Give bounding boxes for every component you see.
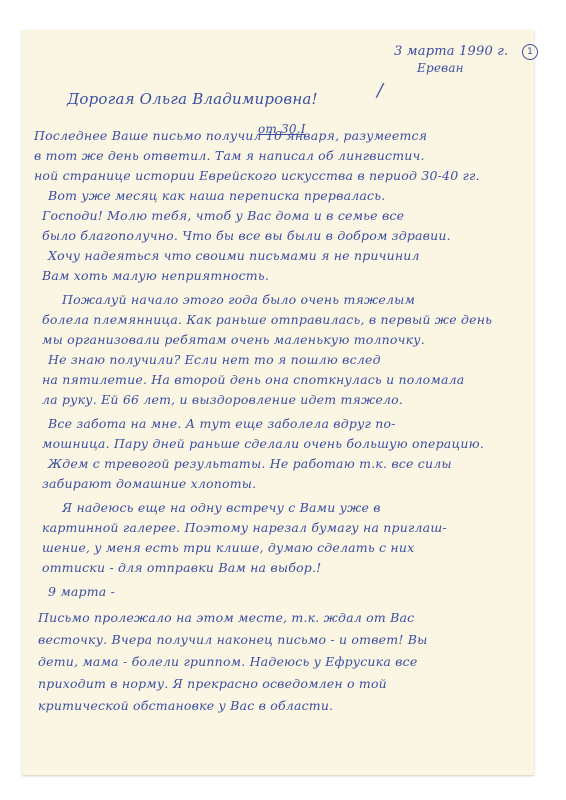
letter-line: Вам хоть малую неприятность. bbox=[42, 268, 269, 283]
letter-line: весточку. Вчера получил наконец письмо -… bbox=[38, 632, 427, 647]
letter-line: было благополучно. Что бы все вы были в … bbox=[42, 228, 451, 243]
letter-line: приходит в норму. Я прекрасно осведомлен… bbox=[38, 676, 387, 691]
letter-line: ла руку. Ей 66 лет, и выздоровление идет… bbox=[42, 392, 403, 407]
page-number-badge: 1 bbox=[522, 44, 538, 60]
letter-line: мы организовали ребятам очень маленькую … bbox=[42, 332, 425, 347]
letter-line: Все забота на мне. А тут еще заболела вд… bbox=[48, 416, 396, 431]
letter-city: Ереван bbox=[417, 61, 464, 75]
letter-line: на пятилетие. На второй день она споткну… bbox=[42, 372, 464, 387]
letter-line: ной странице истории Еврейского искусств… bbox=[34, 168, 480, 183]
letter-line: шение, у меня есть три клише, думаю сдел… bbox=[42, 540, 414, 555]
letter-line: Ждем с тревогой результаты. Не работаю т… bbox=[48, 456, 452, 471]
letter-line: болела племянница. Как раньше отправилас… bbox=[42, 312, 492, 327]
letter-line: забирают домашние хлопоты. bbox=[42, 476, 256, 491]
letter-line: Хочу надеяться что своими письмами я не … bbox=[48, 248, 420, 263]
salutation: Дорогая Ольга Владимировна! bbox=[67, 90, 318, 108]
letter-sheet: 3 марта 1990 г. Ереван 1 Дорогая Ольга В… bbox=[22, 30, 534, 775]
letter-date: 3 марта 1990 г. bbox=[394, 44, 508, 59]
letter-line: Пожалуй начало этого года было очень тяж… bbox=[62, 292, 415, 307]
letter-line: критической обстановке у Вас в области. bbox=[38, 698, 333, 713]
letter-line: Последнее Ваше письмо получил 10 января,… bbox=[34, 128, 427, 143]
letter-line: 9 марта - bbox=[48, 584, 115, 599]
letter-line: Вот уже месяц как наша переписка прервал… bbox=[48, 188, 385, 203]
letter-line: Письмо пролежало на этом месте, т.к. жда… bbox=[38, 610, 414, 625]
letter-line: Не знаю получили? Если нет то я пошлю вс… bbox=[48, 352, 381, 367]
letter-line: оттиски - для отправки Вам на выбор.! bbox=[42, 560, 321, 575]
letter-line: картинной галерее. Поэтому нарезал бумаг… bbox=[42, 520, 447, 535]
letter-line: Господи! Молю тебя, чтоб у Вас дома и в … bbox=[42, 208, 404, 223]
salutation-mark: / bbox=[377, 80, 383, 101]
letter-line: Я надеюсь еще на одну встречу с Вами уже… bbox=[62, 500, 381, 515]
letter-line: в тот же день ответил. Там я написал об … bbox=[34, 148, 425, 163]
letter-line: дети, мама - болели гриппом. Надеюсь у Е… bbox=[38, 654, 417, 669]
letter-line: мошница. Пару дней раньше сделали очень … bbox=[42, 436, 484, 451]
